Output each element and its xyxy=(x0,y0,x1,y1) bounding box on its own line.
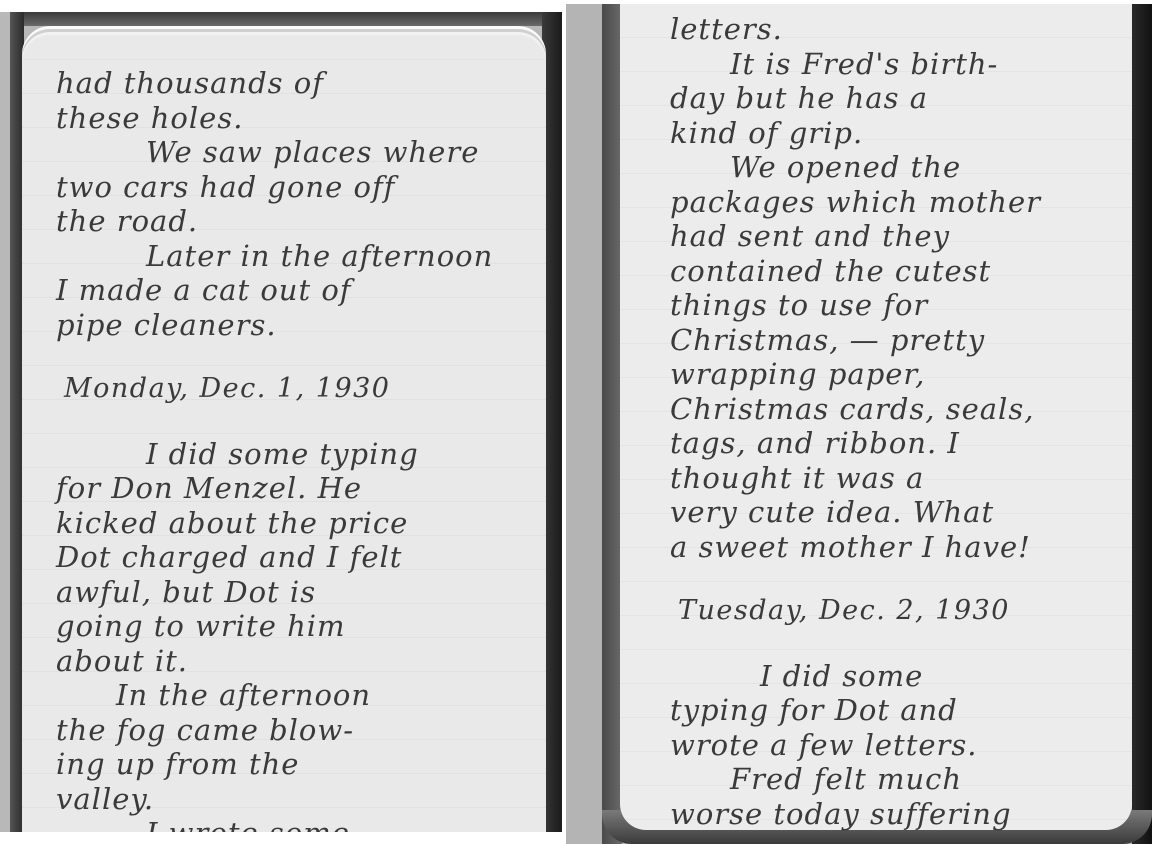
text-line: pipe cleaners. xyxy=(56,308,546,343)
text-line: two cars had gone off xyxy=(56,170,546,205)
text-line: very cute idea. What xyxy=(670,495,1132,530)
text-line: thought it was a xyxy=(670,461,1132,496)
text-line: valley. xyxy=(56,782,546,817)
text-line: Fred felt much xyxy=(670,762,1132,797)
notebook-cover-top xyxy=(10,12,562,26)
text-line: It is Fred's birth- xyxy=(670,47,1132,82)
text-line: contained the cutest xyxy=(670,254,1132,289)
spacer xyxy=(56,407,546,437)
text-line: Later in the afternoon xyxy=(56,239,546,274)
text-line: I did some typing xyxy=(56,437,546,472)
text-line: for Don Menzel. He xyxy=(56,471,546,506)
left-page-scan: had thousands of these holes. We saw pla… xyxy=(0,12,562,832)
text-line: ing up from the xyxy=(56,747,546,782)
text-line: I made a cat out of xyxy=(56,273,546,308)
text-line: wrapping paper, xyxy=(670,357,1132,392)
text-line: Dot charged and I felt xyxy=(56,540,546,575)
text-line: kicked about the price xyxy=(56,506,546,541)
scan-margin xyxy=(1152,4,1168,844)
text-line: I did some xyxy=(670,659,1132,694)
text-line: We opened the xyxy=(670,150,1132,185)
text-line: In the afternoon xyxy=(56,678,546,713)
text-line: a sweet mother I have! xyxy=(670,530,1132,565)
text-line: the road. xyxy=(56,204,546,239)
text-line: had sent and they xyxy=(670,219,1132,254)
text-line: I wrote some xyxy=(56,816,546,832)
right-page-scan: letters. It is Fred's birth- day but he … xyxy=(566,4,1168,844)
notebook-cover-edge xyxy=(1132,4,1152,844)
text-line: going to write him xyxy=(56,609,546,644)
spacer xyxy=(670,564,1132,594)
text-line: worse today suffering xyxy=(670,797,1132,832)
text-line: wrote a few letters. xyxy=(670,728,1132,763)
text-line: Christmas cards, seals, xyxy=(670,392,1132,427)
text-line: things to use for xyxy=(670,288,1132,323)
text-line: about it. xyxy=(56,644,546,679)
text-line: We saw places where xyxy=(56,135,546,170)
text-line: Christmas, — pretty xyxy=(670,323,1132,358)
text-line: day but he has a xyxy=(670,81,1132,116)
text-line: awful, but Dot is xyxy=(56,575,546,610)
text-line: kind of grip. xyxy=(670,116,1132,151)
text-line: the fog came blow- xyxy=(56,713,546,748)
text-line: packages which mother xyxy=(670,185,1132,220)
text-line: typing for Dot and xyxy=(670,693,1132,728)
notebook-page: letters. It is Fred's birth- day but he … xyxy=(620,4,1132,830)
entry-date: Monday, Dec. 1, 1930 xyxy=(56,372,546,407)
handwritten-text: letters. It is Fred's birth- day but he … xyxy=(670,12,1132,831)
text-line: had thousands of xyxy=(56,66,546,101)
text-line: these holes. xyxy=(56,101,546,136)
notebook-binding xyxy=(602,4,622,844)
text-line: tags, and ribbon. I xyxy=(670,426,1132,461)
spacer xyxy=(56,342,546,372)
notebook-page: had thousands of these holes. We saw pla… xyxy=(22,26,546,832)
handwritten-text: had thousands of these holes. We saw pla… xyxy=(56,66,546,832)
spacer xyxy=(670,629,1132,659)
entry-date: Tuesday, Dec. 2, 1930 xyxy=(670,594,1132,629)
text-line: letters. xyxy=(670,12,1132,47)
